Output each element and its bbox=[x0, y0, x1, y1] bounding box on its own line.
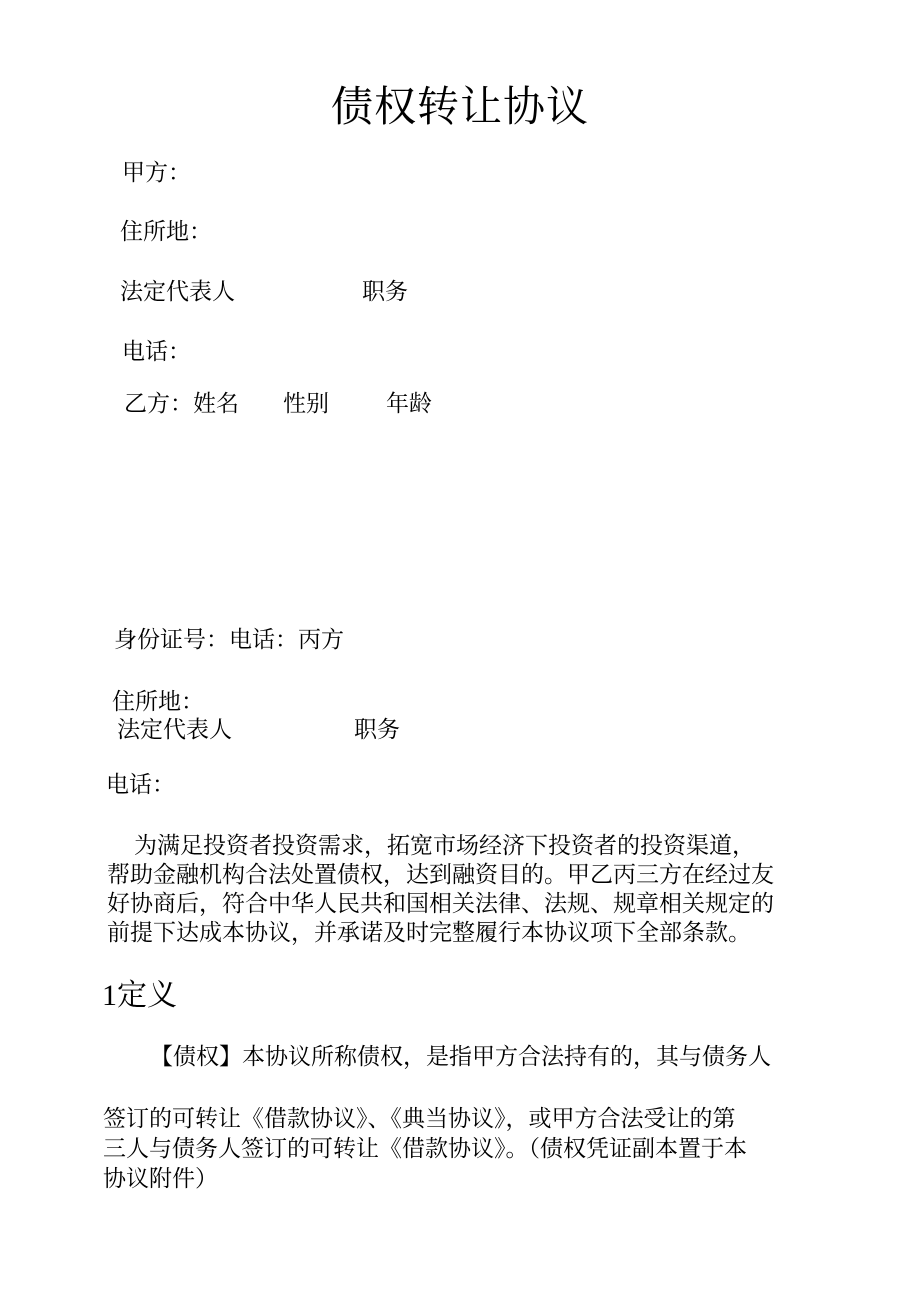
intro-line: 为满足投资者投资需求，拓宽市场经济下投资者的投资渠道， bbox=[107, 831, 774, 860]
intro-line: 好协商后，符合中华人民共和国相关法律、法规、规章相关规定的 bbox=[107, 889, 774, 918]
party-a-phone-label: 电话： bbox=[122, 337, 191, 367]
party-c-phone-label: 电话： bbox=[106, 770, 175, 800]
party-a-address-label: 住所地： bbox=[120, 217, 212, 247]
document-title: 债权转让协议 bbox=[0, 80, 920, 136]
definition-line: 三人与债务人签订的可转让《借款协议》。（债权凭证副本置于本 bbox=[103, 1134, 747, 1164]
definition-line: 协议附件） bbox=[103, 1164, 747, 1194]
party-b-age-label: 年龄 bbox=[386, 391, 432, 416]
definition-claim-first-line: 【债权】本协议所称债权，是指甲方合法持有的，其与债务人 bbox=[150, 1042, 771, 1072]
party-c-legal-rep-label: 法定代表人 bbox=[117, 717, 232, 742]
intro-line: 帮助金融机构合法处置债权，达到融资目的。甲乙丙三方在经过友 bbox=[107, 860, 774, 889]
definition-line: 签订的可转让《借款协议》、《典当协议》，或甲方合法受让的第 bbox=[103, 1104, 747, 1134]
party-c-position-label: 职务 bbox=[354, 717, 400, 742]
party-a-position-label: 职务 bbox=[362, 279, 408, 304]
document-page: 债权转让协议 甲方： 住所地： 法定代表人职务 电话： 乙方：姓名性别年龄 身份… bbox=[0, 0, 920, 1301]
party-c-legal-rep-row: 法定代表人职务 bbox=[117, 715, 400, 745]
party-c-id-phone-line: 身份证号：电话：丙方 bbox=[114, 625, 344, 655]
party-c-address-label: 住所地： bbox=[112, 687, 204, 717]
party-b-label-name: 乙方：姓名 bbox=[124, 391, 239, 416]
intro-paragraph: 为满足投资者投资需求，拓宽市场经济下投资者的投资渠道， 帮助金融机构合法处置债权… bbox=[107, 831, 774, 947]
party-b-gender-label: 性别 bbox=[283, 391, 329, 416]
party-a-label: 甲方： bbox=[122, 158, 191, 188]
intro-line: 前提下达成本协议，并承诺及时完整履行本协议项下全部条款。 bbox=[107, 918, 774, 947]
definition-claim-continuation: 签订的可转让《借款协议》、《典当协议》，或甲方合法受让的第 三人与债务人签订的可… bbox=[103, 1104, 747, 1194]
definitions-heading: 1定义 bbox=[102, 977, 177, 1015]
party-b-row: 乙方：姓名性别年龄 bbox=[124, 389, 432, 419]
party-a-legal-rep-label: 法定代表人 bbox=[120, 279, 235, 304]
party-a-legal-rep-row: 法定代表人职务 bbox=[120, 277, 408, 307]
